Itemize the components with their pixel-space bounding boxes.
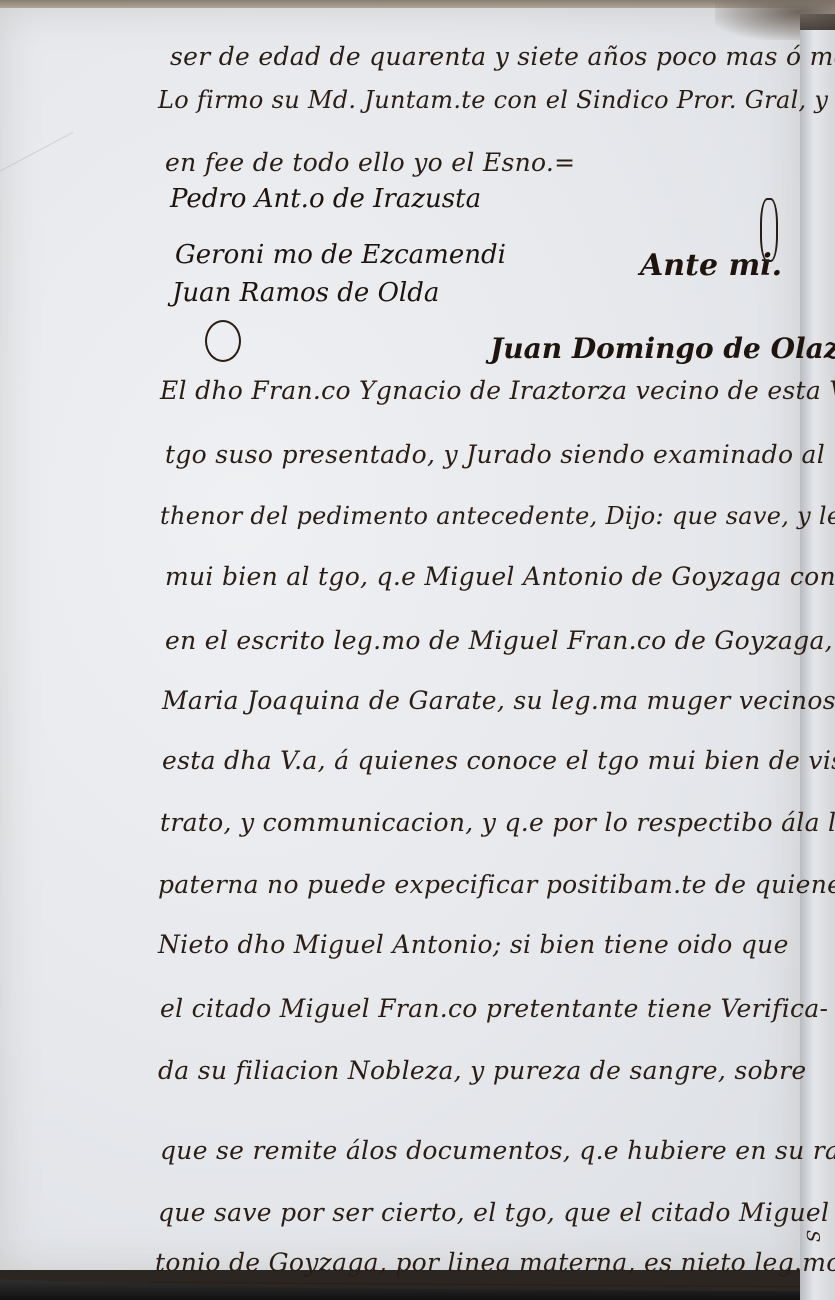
- manuscript-line-12: paterna no puede expecificar positibam.t…: [158, 870, 835, 899]
- signature-pedro-irazusta: Pedro Ant.o de Irazusta: [170, 184, 481, 214]
- flourish-paragraph-mark: [205, 320, 241, 362]
- margin-note: S: [802, 1230, 823, 1242]
- manuscript-line-18: tonio de Goyzaga, por linea materna, es …: [155, 1248, 835, 1277]
- binding-strip: [800, 30, 835, 1300]
- manuscript-line-5: tgo suso presentado, y Jurado siendo exa…: [165, 440, 825, 469]
- manuscript-line-11: trato, y communicacion, y q.e por lo res…: [160, 808, 835, 837]
- manuscript-line-16: que se remite álos documentos, q.e hubie…: [160, 1136, 835, 1165]
- manuscript-line-9: Maria Joaquina de Garate, su leg.ma muge…: [162, 686, 835, 715]
- manuscript-line-4: El dho Fran.co Ygnacio de Iraztorza veci…: [160, 376, 835, 405]
- signature-geronimo-ezcamendi: Geroni mo de Ezcamendi: [175, 240, 506, 270]
- signature-juan-ramos: Juan Ramos de Olda: [172, 278, 439, 308]
- manuscript-line-15: da su filiacion Nobleza, y pureza de san…: [158, 1056, 806, 1085]
- manuscript-line-14: el citado Miguel Fran.co pretentante tie…: [160, 994, 828, 1023]
- manuscript-line-1: ser de edad de quarenta y siete años poc…: [170, 42, 835, 71]
- manuscript-line-7: mui bien al tgo, q.e Miguel Antonio de G…: [165, 562, 835, 591]
- manuscript-line-10: esta dha V.a, á quienes conoce el tgo mu…: [162, 746, 835, 775]
- manuscript-line-2: Lo firmo su Md. Juntam.te con el Sindico…: [158, 86, 828, 114]
- signature-juan-domingo-olaz: Juan Domingo de Olaz: [490, 332, 835, 365]
- manuscript-line-13: Nieto dho Miguel Antonio; si bien tiene …: [158, 930, 789, 959]
- signature-ante-mi: Ante mi.: [640, 248, 782, 283]
- manuscript-line-8: en el escrito leg.mo de Miguel Fran.co d…: [165, 626, 835, 655]
- manuscript-line-3: en fee de todo ello yo el Esno.=: [165, 148, 575, 177]
- flourish-ante-mi: [760, 198, 778, 262]
- manuscript-line-17: que save por ser cierto, el tgo, que el …: [158, 1198, 835, 1227]
- manuscript-line-6: thenor del pedimento antecedente, Dijo: …: [160, 502, 835, 530]
